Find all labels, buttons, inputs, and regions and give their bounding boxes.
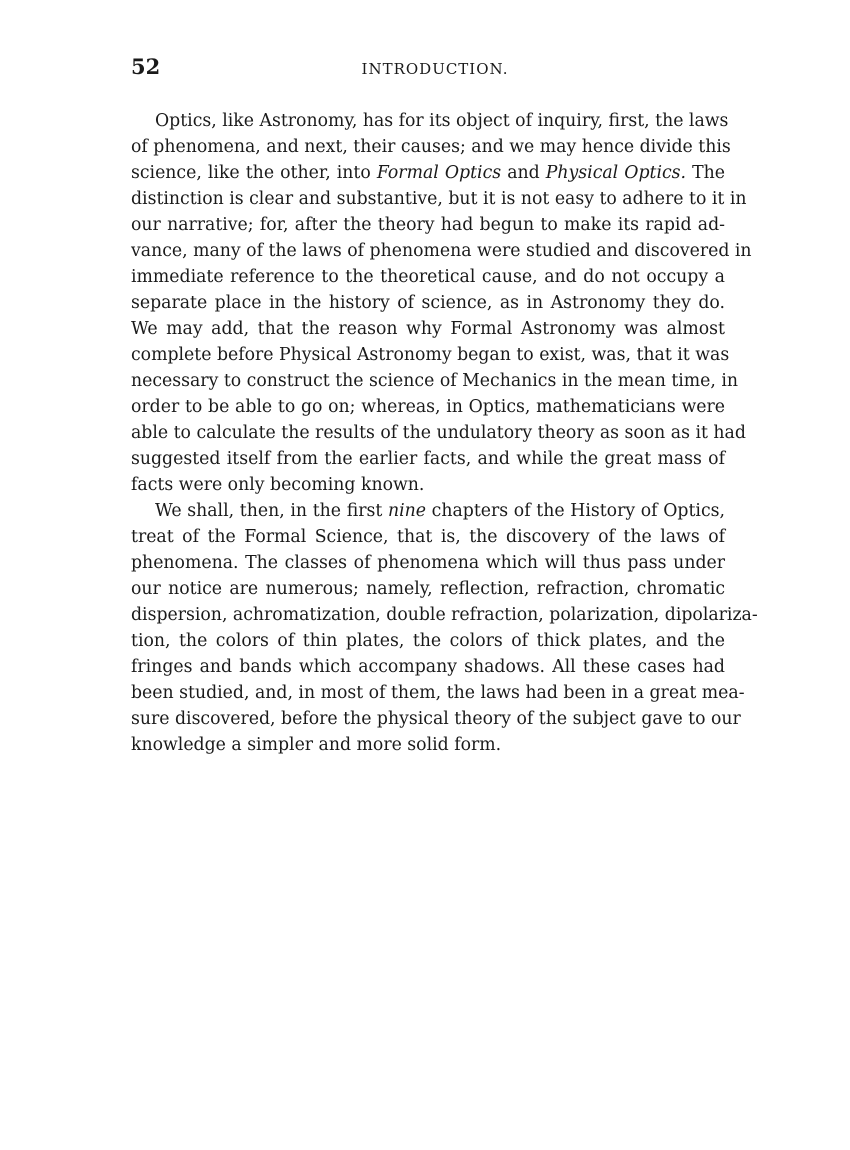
paragraph: Optics, like Astronomy, has for its obje…	[131, 108, 725, 498]
text-line: sure discovered, before the physical the…	[131, 706, 725, 732]
italic-text: Physical Optics.	[546, 163, 686, 183]
text-run: and	[501, 163, 546, 183]
text-line: complete before Physical Astronomy began…	[131, 342, 725, 368]
text-line: able to calculate the results of the und…	[131, 420, 725, 446]
text-line: vance, many of the laws of phenomena wer…	[131, 238, 725, 264]
text-run: sure discovered, before the physical the…	[131, 709, 741, 729]
text-line: been studied, and, in most of them, the …	[131, 680, 725, 706]
text-line: order to be able to go on; whereas, in O…	[131, 394, 725, 420]
text-run: fringes and bands which accompany shadow…	[131, 657, 725, 677]
text-line: science, like the other, into Formal Opt…	[131, 160, 725, 186]
text-run: tion, the colors of thin plates, the col…	[131, 631, 725, 651]
body-text: Optics, like Astronomy, has for its obje…	[131, 108, 725, 758]
text-line: immediate reference to the theoretical c…	[131, 264, 725, 290]
text-line: separate place in the history of science…	[131, 290, 725, 316]
text-run: of phenomena, and next, their causes; an…	[131, 137, 731, 157]
text-line: Optics, like Astronomy, has for its obje…	[131, 108, 725, 134]
text-line: phenomena. The classes of phenomena whic…	[131, 550, 725, 576]
text-line: facts were only becoming known.	[131, 472, 725, 498]
text-run: distinction is clear and substantive, bu…	[131, 189, 746, 209]
running-head: INTRODUCTION.	[0, 60, 850, 78]
italic-text: nine	[388, 501, 426, 521]
text-line: of phenomena, and next, their causes; an…	[131, 134, 725, 160]
text-line: knowledge a simpler and more solid form.	[131, 732, 725, 758]
text-run: knowledge a simpler and more solid form.	[131, 735, 501, 755]
text-line: We shall, then, in the first nine chapte…	[131, 498, 725, 524]
text-line: distinction is clear and substantive, bu…	[131, 186, 725, 212]
text-run: chapters of the History of Optics,	[426, 501, 725, 521]
text-run: The	[686, 163, 725, 183]
text-run: vance, many of the laws of phenomena wer…	[131, 241, 752, 261]
text-run: order to be able to go on; whereas, in O…	[131, 397, 725, 417]
text-run: necessary to construct the science of Me…	[131, 371, 738, 391]
text-run: immediate reference to the theoretical c…	[131, 267, 725, 287]
text-line: our narrative; for, after the theory had…	[131, 212, 725, 238]
text-run: phenomena. The classes of phenomena whic…	[131, 553, 725, 573]
text-run: suggested itself from the earlier facts,…	[131, 449, 725, 469]
text-line: treat of the Formal Science, that is, th…	[131, 524, 725, 550]
text-run: Optics, like Astronomy, has for its obje…	[155, 111, 728, 131]
text-run: our narrative; for, after the theory had…	[131, 215, 725, 235]
italic-text: Formal Optics	[377, 163, 501, 183]
text-run: facts were only becoming known.	[131, 475, 424, 495]
text-run: able to calculate the results of the und…	[131, 423, 746, 443]
text-run: separate place in the history of science…	[131, 293, 725, 313]
text-run: We may add, that the reason why Formal A…	[131, 319, 725, 339]
text-run: our notice are numerous; namely, reflect…	[131, 579, 725, 599]
text-line: fringes and bands which accompany shadow…	[131, 654, 725, 680]
text-line: necessary to construct the science of Me…	[131, 368, 725, 394]
text-line: dispersion, achromatization, double refr…	[131, 602, 725, 628]
text-line: We may add, that the reason why Formal A…	[131, 316, 725, 342]
text-line: our notice are numerous; namely, reflect…	[131, 576, 725, 602]
text-run: dispersion, achromatization, double refr…	[131, 605, 758, 625]
text-line: tion, the colors of thin plates, the col…	[131, 628, 725, 654]
text-run: science, like the other, into	[131, 163, 377, 183]
text-run: been studied, and, in most of them, the …	[131, 683, 745, 703]
text-run: complete before Physical Astronomy began…	[131, 345, 729, 365]
paragraph: We shall, then, in the first nine chapte…	[131, 498, 725, 758]
text-run: We shall, then, in the first	[155, 501, 388, 521]
text-run: treat of the Formal Science, that is, th…	[131, 527, 725, 547]
text-line: suggested itself from the earlier facts,…	[131, 446, 725, 472]
